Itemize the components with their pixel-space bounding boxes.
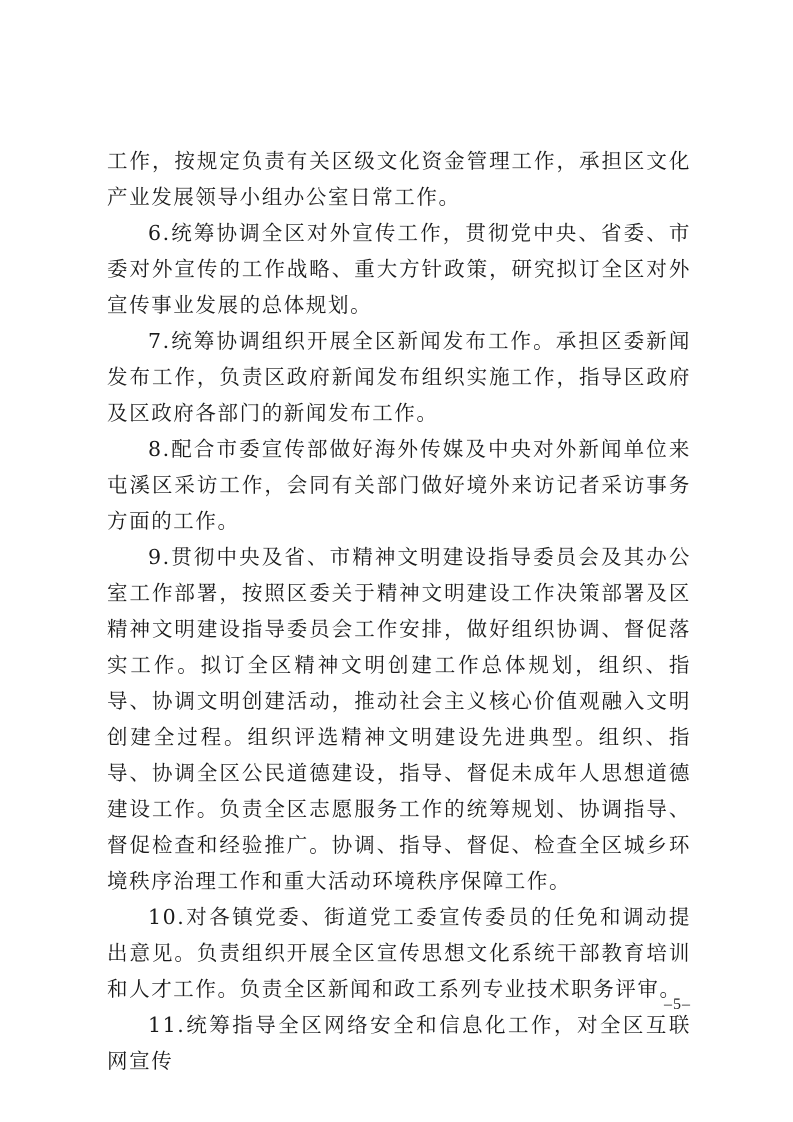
document-page: 工作，按规定负责有关区级文化资金管理工作，承担区文化产业发展领导小组办公室日常工… <box>0 0 793 1122</box>
paragraph-item-9: 9.贯彻中央及省、市精神文明建设指导委员会及其办公室工作部署，按照区委关于精神文… <box>107 539 691 899</box>
body-text: 工作，按规定负责有关区级文化资金管理工作，承担区文化产业发展领导小组办公室日常工… <box>107 143 691 1079</box>
paragraph-item-11: 11.统筹指导全区网络安全和信息化工作，对全区互联网宣传 <box>107 1007 691 1079</box>
paragraph-continuation: 工作，按规定负责有关区级文化资金管理工作，承担区文化产业发展领导小组办公室日常工… <box>107 143 691 215</box>
page-number: –5– <box>664 996 691 1014</box>
paragraph-item-6: 6.统筹协调全区对外宣传工作，贯彻党中央、省委、市委对外宣传的工作战略、重大方针… <box>107 215 691 323</box>
paragraph-item-10: 10.对各镇党委、街道党工委宣传委员的任免和调动提出意见。负责组织开展全区宣传思… <box>107 899 691 1007</box>
paragraph-item-8: 8.配合市委宣传部做好海外传媒及中央对外新闻单位来屯溪区采访工作，会同有关部门做… <box>107 431 691 539</box>
paragraph-item-7: 7.统筹协调组织开展全区新闻发布工作。承担区委新闻发布工作，负责区政府新闻发布组… <box>107 323 691 431</box>
